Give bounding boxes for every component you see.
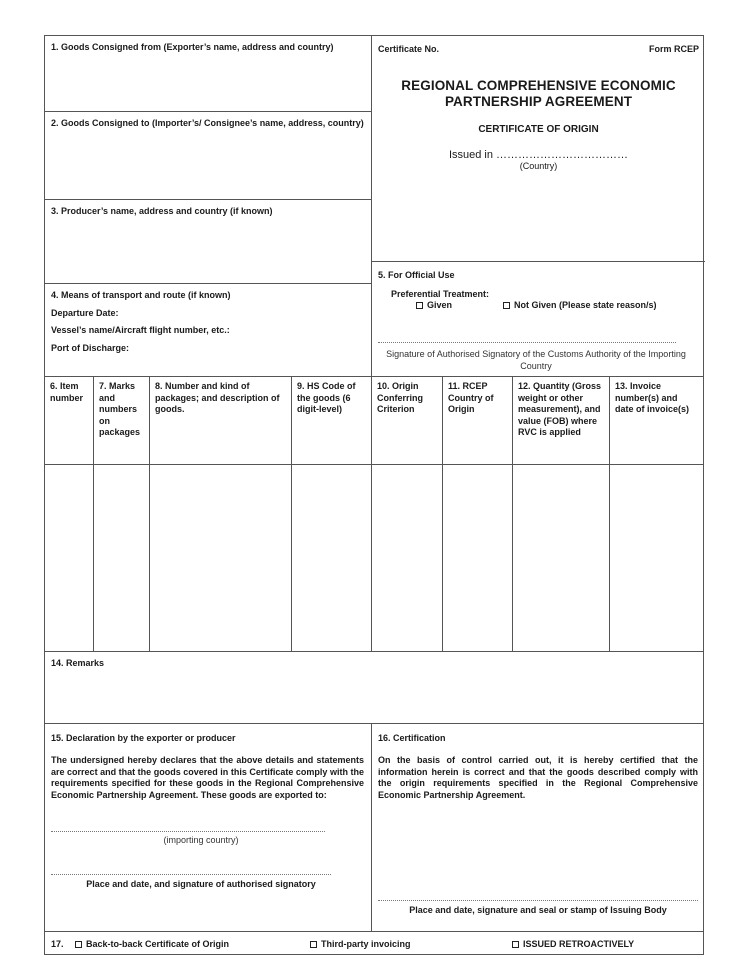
box-5-label: 5. For Official Use — [378, 270, 455, 282]
given-option[interactable]: Given — [416, 300, 452, 312]
given-checkbox[interactable] — [416, 302, 423, 309]
title-line-2: PARTNERSHIP AGREEMENT — [372, 94, 705, 110]
issued-retroactively-checkbox[interactable] — [512, 941, 519, 948]
exporter-signature-line[interactable] — [51, 874, 331, 875]
rcep-certificate-form: 1. Goods Consigned from (Exporter’s name… — [44, 35, 704, 955]
box-3-label: 3. Producer’s name, address and country … — [51, 206, 365, 218]
box-15-declaration: 15. Declaration by the exporter or produ… — [45, 723, 371, 931]
declaration-body: The undersigned hereby declares that the… — [51, 755, 364, 801]
table-header-col-13: 13. Invoice number(s) and date of invoic… — [609, 377, 703, 464]
table-cell-col-12[interactable] — [512, 464, 609, 652]
country-caption: (Country) — [372, 161, 705, 173]
table-cell-col-7[interactable] — [93, 464, 149, 652]
box-1-exporter[interactable]: 1. Goods Consigned from (Exporter’s name… — [45, 36, 371, 111]
exporter-signature-caption: Place and date, and signature of authori… — [51, 879, 351, 891]
back-to-back-checkbox[interactable] — [75, 941, 82, 948]
table-header-col-12: 12. Quantity (Gross weight or other meas… — [512, 377, 609, 464]
box-2-consignee[interactable]: 2. Goods Consigned to (Importer’s/ Consi… — [45, 111, 371, 199]
signature-line[interactable] — [378, 342, 676, 343]
goods-table: 6. Item number7. Marks and numbers on pa… — [45, 376, 703, 651]
table-header-col-8: 8. Number and kind of packages; and desc… — [149, 377, 291, 464]
departure-date-label: Departure Date: — [51, 308, 365, 320]
box-16-certification: 16. Certification On the basis of contro… — [371, 723, 703, 931]
not-given-label: Not Given (Please state reason/s) — [514, 300, 657, 310]
issued-retroactively-option[interactable]: ISSUED RETROACTIVELY — [512, 939, 634, 951]
box-3-producer[interactable]: 3. Producer’s name, address and country … — [45, 199, 371, 283]
table-header-col-10: 10. Origin Conferring Criterion — [371, 377, 442, 464]
certificate-no-label: Certificate No. — [378, 44, 439, 56]
table-header-col-6: 6. Item number — [45, 377, 93, 464]
importing-country-line[interactable] — [51, 831, 325, 832]
table-cell-col-9[interactable] — [291, 464, 371, 652]
vessel-label: Vessel’s name/Aircraft flight number, et… — [51, 325, 365, 337]
box-4-transport[interactable]: 4. Means of transport and route (if know… — [45, 283, 371, 376]
table-cell-col-10[interactable] — [371, 464, 442, 652]
box-4-label: 4. Means of transport and route (if know… — [51, 290, 365, 302]
box-17-options: 17. Back-to-back Certificate of Origin T… — [45, 931, 703, 955]
customs-signature-caption: Signature of Authorised Signatory of the… — [378, 349, 694, 372]
issuing-body-signature-caption: Place and date, signature and seal or st… — [378, 905, 698, 917]
certificate-of-origin-title: CERTIFICATE OF ORIGIN — [372, 124, 705, 135]
third-party-option[interactable]: Third-party invoicing — [310, 939, 411, 951]
title-line-1: REGIONAL COMPREHENSIVE ECONOMIC — [372, 78, 705, 94]
third-party-checkbox[interactable] — [310, 941, 317, 948]
not-given-option[interactable]: Not Given (Please state reason/s) — [503, 300, 657, 312]
issued-in-field[interactable]: Issued in ……………………………… — [372, 149, 705, 161]
back-to-back-label: Back-to-back Certificate of Origin — [86, 939, 229, 949]
port-of-discharge-label: Port of Discharge: — [51, 343, 365, 355]
declaration-title: 15. Declaration by the exporter or produ… — [51, 733, 236, 745]
certification-title: 16. Certification — [378, 733, 446, 745]
box-14-remarks[interactable]: 14. Remarks — [45, 651, 703, 723]
issued-retroactively-label: ISSUED RETROACTIVELY — [523, 939, 634, 949]
box-1-label: 1. Goods Consigned from (Exporter’s name… — [51, 42, 365, 54]
table-header-col-7: 7. Marks and numbers on packages — [93, 377, 149, 464]
certification-body: On the basis of control carried out, it … — [378, 755, 698, 801]
table-header-col-9: 9. HS Code of the goods (6 digit-level) — [291, 377, 371, 464]
third-party-label: Third-party invoicing — [321, 939, 411, 949]
back-to-back-option[interactable]: Back-to-back Certificate of Origin — [75, 939, 229, 951]
form-rcep-label: Form RCEP — [649, 44, 699, 56]
box-17-number: 17. — [51, 939, 64, 951]
issuing-body-signature-line[interactable] — [378, 900, 698, 901]
table-cell-col-11[interactable] — [442, 464, 512, 652]
table-cell-col-8[interactable] — [149, 464, 291, 652]
preferential-treatment-label: Preferential Treatment: — [391, 289, 489, 301]
table-header-col-11: 11. RCEP Country of Origin — [442, 377, 512, 464]
table-cell-col-13[interactable] — [609, 464, 703, 652]
certificate-header: Certificate No. Form RCEP REGIONAL COMPR… — [371, 36, 705, 261]
box-5-official-use: 5. For Official Use Preferential Treatme… — [371, 261, 705, 376]
given-label: Given — [427, 300, 452, 310]
importing-country-caption: (importing country) — [51, 835, 351, 847]
not-given-checkbox[interactable] — [503, 302, 510, 309]
remarks-label: 14. Remarks — [51, 658, 697, 670]
table-cell-col-6[interactable] — [45, 464, 93, 652]
box-2-label: 2. Goods Consigned to (Importer’s/ Consi… — [51, 118, 365, 130]
